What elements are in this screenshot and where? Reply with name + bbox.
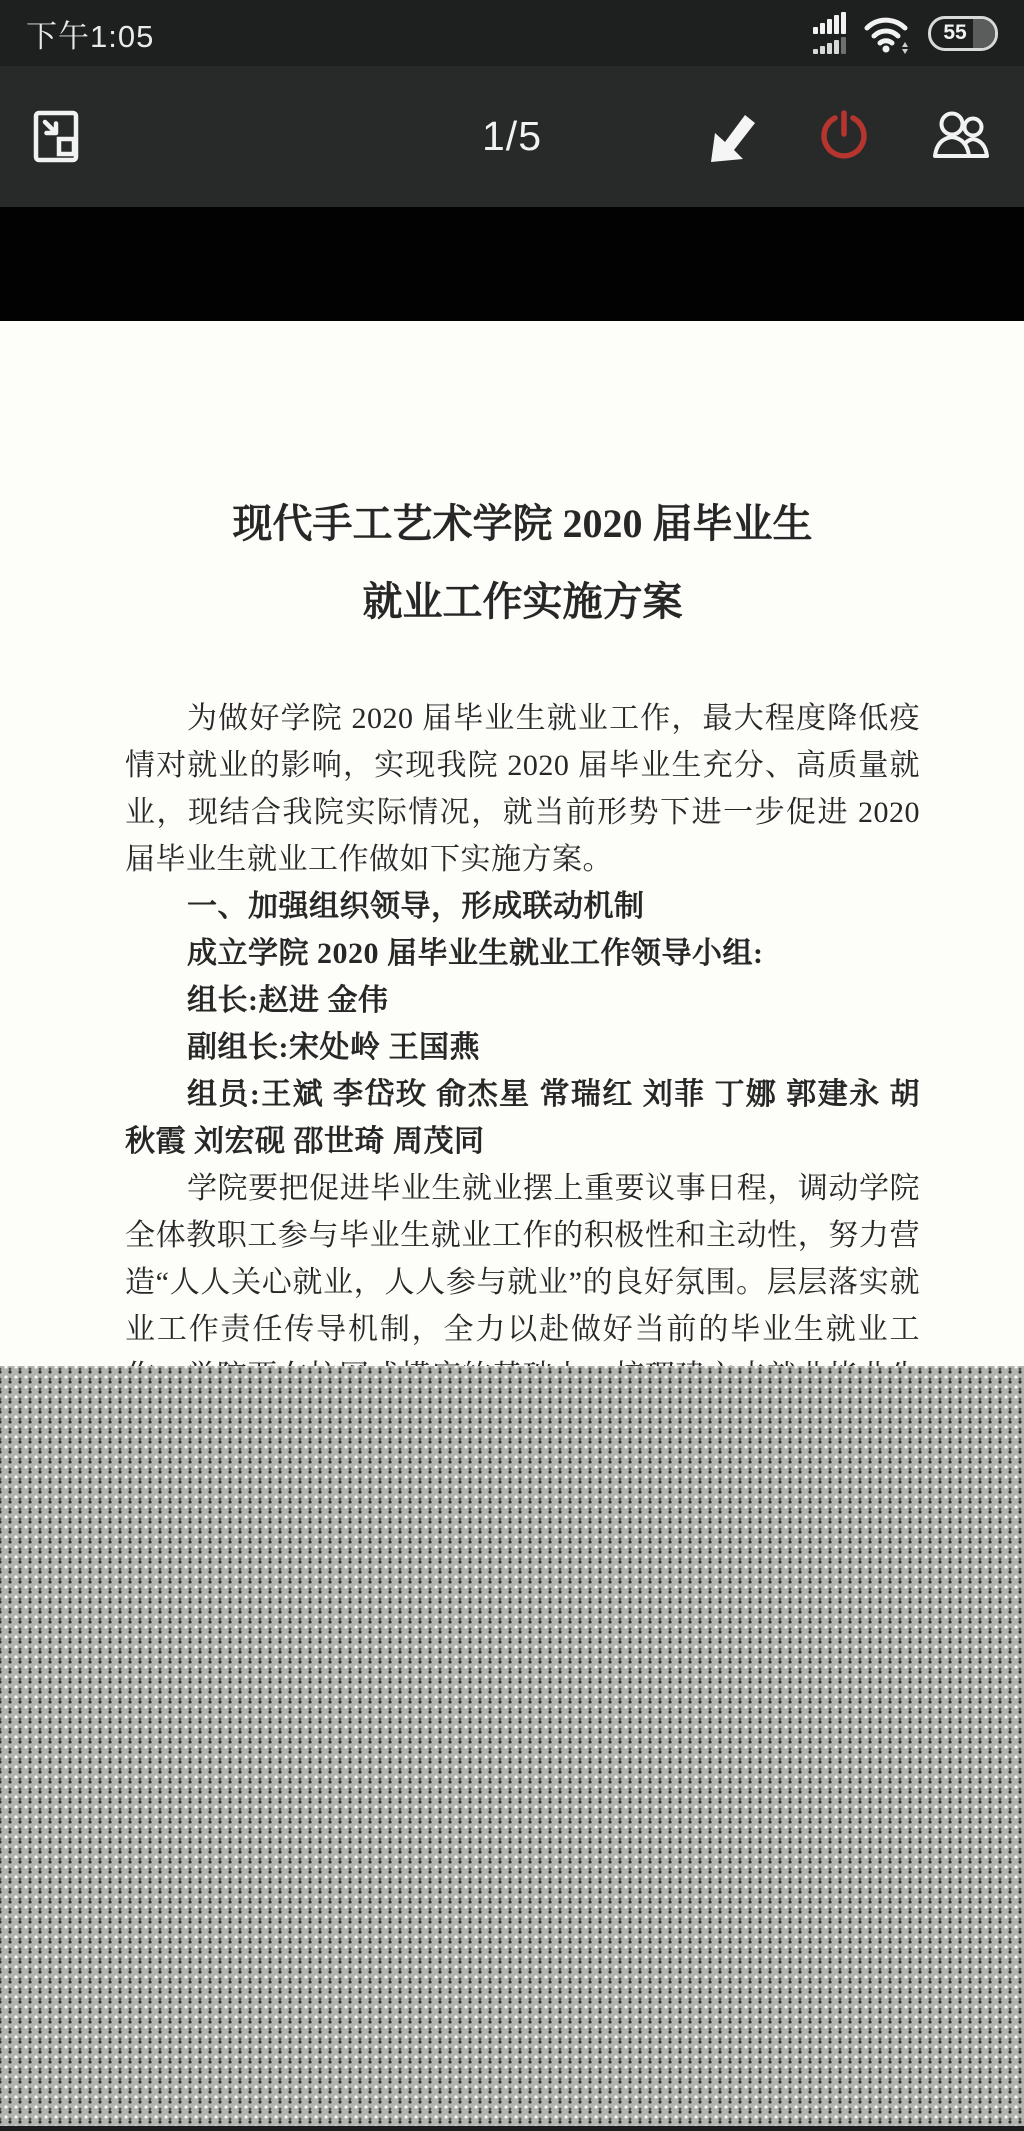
battery-percent: 55: [931, 19, 979, 48]
power-icon: [818, 109, 870, 165]
bottom-edge: [0, 2126, 1024, 2131]
document-body: 为做好学院 2020 届毕业生就业工作，最大程度降低疫情对就业的影响，实现我院 …: [125, 695, 920, 1366]
pip-window-button[interactable]: [32, 109, 84, 165]
pip-window-icon: [32, 109, 84, 165]
clock: 下午1:05: [26, 11, 154, 56]
viewer-background[interactable]: [0, 1366, 1024, 2126]
viewer-letterbox: [0, 207, 1024, 321]
arrow-down-left-icon: [706, 108, 760, 166]
participants-button[interactable]: [928, 110, 992, 164]
doc-paragraph: 组长:赵进 金伟: [125, 977, 920, 1024]
toolbar: 1/5: [0, 66, 1024, 207]
battery-icon: 55: [928, 16, 998, 51]
document-title-line1: 现代手工艺术学院 2020 届毕业生: [125, 499, 920, 549]
cellular-signal-icon: [813, 12, 846, 54]
toolbar-actions: [706, 108, 992, 166]
participants-icon: [928, 110, 992, 164]
status-bar: 下午1:05 55: [0, 0, 1024, 66]
doc-heading: 一、加强组织领导，形成联动机制: [125, 883, 920, 930]
doc-paragraph: 副组长:宋处岭 王国燕: [125, 1024, 920, 1071]
doc-paragraph: 为做好学院 2020 届毕业生就业工作，最大程度降低疫情对就业的影响，实现我院 …: [125, 695, 920, 883]
power-button[interactable]: [818, 109, 870, 165]
doc-paragraph: 学院要把促进毕业生就业摆上重要议事日程，调动学院全体教职工参与毕业生就业工作的积…: [125, 1165, 920, 1366]
document-content: 现代手工艺术学院 2020 届毕业生 就业工作实施方案 为做好学院 2020 届…: [0, 321, 1024, 1366]
doc-paragraph: 成立学院 2020 届毕业生就业工作领导小组:: [125, 930, 920, 977]
document-title-line2: 就业工作实施方案: [125, 577, 920, 627]
doc-paragraph: 组员:王斌 李岱玫 俞杰星 常瑞红 刘菲 丁娜 郭建永 胡秋霞 刘宏砚 邵世琦 …: [125, 1071, 920, 1165]
wifi-icon: [862, 11, 912, 55]
minimize-arrow-button[interactable]: [706, 108, 760, 166]
document-page[interactable]: 现代手工艺术学院 2020 届毕业生 就业工作实施方案 为做好学院 2020 届…: [0, 321, 1024, 1366]
document-title: 现代手工艺术学院 2020 届毕业生 就业工作实施方案: [125, 499, 920, 627]
status-icons: 55: [813, 11, 998, 55]
